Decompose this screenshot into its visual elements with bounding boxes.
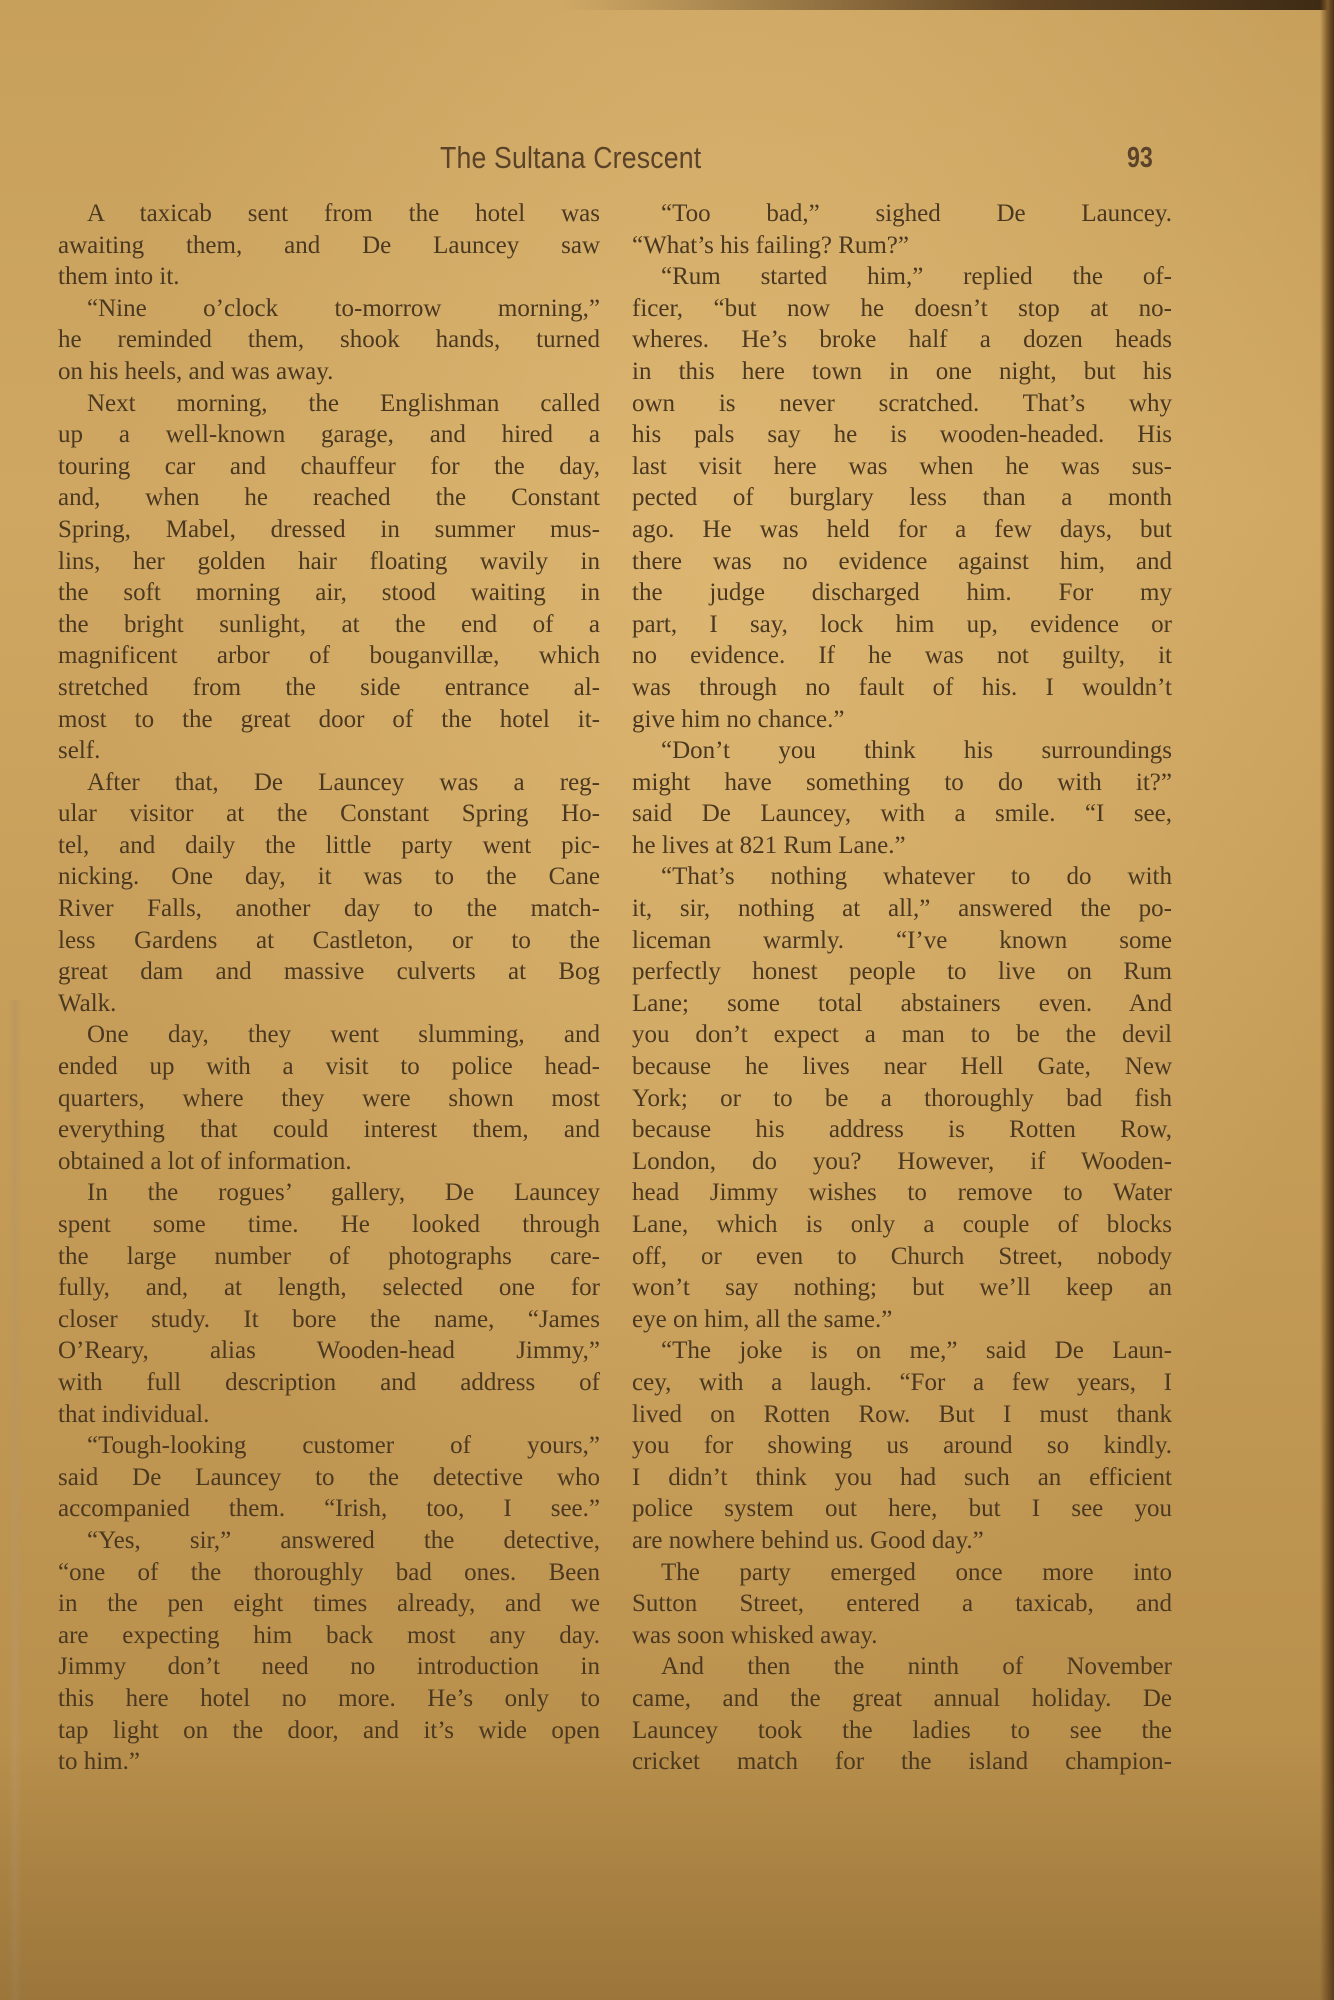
text-line: “Yes, sir,” answered the detective, [58, 1525, 600, 1557]
text-line: “That’s nothing whatever to do with [632, 861, 1172, 893]
right-text-column: “Too bad,” sighed De Launcey.“What’s his… [632, 198, 1172, 1778]
text-line: police system out here, but I see you [632, 1493, 1172, 1525]
text-line: cey, with a laugh. “For a few years, I [632, 1367, 1172, 1399]
text-line: up a well-known garage, and hired a [58, 419, 600, 451]
text-line: York; or to be a thoroughly bad fish [632, 1083, 1172, 1115]
text-line: ago. He was held for a few days, but [632, 514, 1172, 546]
text-line: “Too bad,” sighed De Launcey. [632, 198, 1172, 230]
text-line: in the pen eight times already, and we [58, 1588, 600, 1620]
text-line: ended up with a visit to police head- [58, 1051, 600, 1083]
text-line: last visit here was when he was sus- [632, 451, 1172, 483]
text-line: obtained a lot of information. [58, 1146, 600, 1178]
text-line: spent some time. He looked through [58, 1209, 600, 1241]
text-line: on his heels, and was away. [58, 356, 600, 388]
text-line: there was no evidence against him, and [632, 546, 1172, 578]
text-line: part, I say, lock him up, evidence or [632, 609, 1172, 641]
text-line: self. [58, 735, 600, 767]
text-line: Lane; some total abstainers even. And [632, 988, 1172, 1020]
text-line: off, or even to Church Street, nobody [632, 1241, 1172, 1273]
text-line: nicking. One day, it was to the Cane [58, 861, 600, 893]
left-text-column: A taxicab sent from the hotel wasawaitin… [58, 198, 600, 1778]
text-line: magnificent arbor of bouganvillæ, which [58, 640, 600, 672]
text-line: “What’s his failing? Rum?” [632, 230, 1172, 262]
text-line: the judge discharged him. For my [632, 577, 1172, 609]
book-page: The Sultana Crescent 93 A taxicab sent f… [0, 0, 1334, 2000]
text-line: this here hotel no more. He’s only to [58, 1683, 600, 1715]
text-line: “Nine o’clock to-morrow morning,” [58, 293, 600, 325]
text-line: touring car and chauffeur for the day, [58, 451, 600, 483]
text-line: cricket match for the island champion- [632, 1746, 1172, 1778]
text-line: In the rogues’ gallery, De Launcey [58, 1177, 600, 1209]
text-line: “Tough-looking customer of yours,” [58, 1430, 600, 1462]
text-line: are expecting him back most any day. [58, 1620, 600, 1652]
text-line: accompanied them. “Irish, too, I see.” [58, 1493, 600, 1525]
text-line: perfectly honest people to live on Rum [632, 956, 1172, 988]
text-line: came, and the great annual holiday. De [632, 1683, 1172, 1715]
text-line: Walk. [58, 988, 600, 1020]
text-line: might have something to do with it?” [632, 767, 1172, 799]
text-line: River Falls, another day to the match- [58, 893, 600, 925]
text-line: Launcey took the ladies to see the [632, 1715, 1172, 1747]
text-line: And then the ninth of November [632, 1651, 1172, 1683]
text-line: awaiting them, and De Launcey saw [58, 230, 600, 262]
text-line: The party emerged once more into [632, 1557, 1172, 1589]
text-line: stretched from the side entrance al- [58, 672, 600, 704]
text-line: give him no chance.” [632, 704, 1172, 736]
text-line: with full description and address of [58, 1367, 600, 1399]
text-line: won’t say nothing; but we’ll keep an [632, 1272, 1172, 1304]
text-line: eye on him, all the same.” [632, 1304, 1172, 1336]
page-top-edge-shadow [560, 0, 1334, 10]
text-line: Sutton Street, entered a taxicab, and [632, 1588, 1172, 1620]
text-line: Jimmy don’t need no introduction in [58, 1651, 600, 1683]
text-line: London, do you? However, if Wooden- [632, 1146, 1172, 1178]
text-line: everything that could interest them, and [58, 1114, 600, 1146]
text-line: Spring, Mabel, dressed in summer mus- [58, 514, 600, 546]
text-line: Lane, which is only a couple of blocks [632, 1209, 1172, 1241]
text-line: own is never scratched. That’s why [632, 388, 1172, 420]
text-line: fully, and, at length, selected one for [58, 1272, 600, 1304]
text-line: because his address is Rotten Row, [632, 1114, 1172, 1146]
running-header: The Sultana Crescent 93 [0, 140, 1334, 180]
text-line: liceman warmly. “I’ve known some [632, 925, 1172, 957]
text-line: it, sir, nothing at all,” answered the p… [632, 893, 1172, 925]
page-number: 93 [1127, 142, 1153, 175]
text-line: “Don’t you think his surroundings [632, 735, 1172, 767]
text-line: the bright sunlight, at the end of a [58, 609, 600, 641]
text-line: less Gardens at Castleton, or to the [58, 925, 600, 957]
text-line: A taxicab sent from the hotel was [58, 198, 600, 230]
text-line: ular visitor at the Constant Spring Ho- [58, 798, 600, 830]
text-line: because he lives near Hell Gate, New [632, 1051, 1172, 1083]
text-line: tap light on the door, and it’s wide ope… [58, 1715, 600, 1747]
text-line: head Jimmy wishes to remove to Water [632, 1177, 1172, 1209]
page-right-edge-shadow [1320, 0, 1334, 2000]
text-line: O’Reary, alias Wooden-head Jimmy,” [58, 1335, 600, 1367]
text-line: lins, her golden hair floating wavily in [58, 546, 600, 578]
text-line: them into it. [58, 261, 600, 293]
text-line: tel, and daily the little party went pic… [58, 830, 600, 862]
text-line: Next morning, the Englishman called [58, 388, 600, 420]
text-line: was through no fault of his. I wouldn’t [632, 672, 1172, 704]
text-line: no evidence. If he was not guilty, it [632, 640, 1172, 672]
text-line: you don’t expect a man to be the devil [632, 1019, 1172, 1051]
text-line: quarters, where they were shown most [58, 1083, 600, 1115]
text-line: said De Launcey to the detective who [58, 1462, 600, 1494]
text-line: “one of the thoroughly bad ones. Been [58, 1557, 600, 1589]
text-line: he lives at 821 Rum Lane.” [632, 830, 1172, 862]
text-line: the large number of photographs care- [58, 1241, 600, 1273]
text-line: After that, De Launcey was a reg- [58, 767, 600, 799]
text-line: you for showing us around so kindly. [632, 1430, 1172, 1462]
text-line: was soon whisked away. [632, 1620, 1172, 1652]
page-bottom-shading [0, 1740, 1334, 2000]
text-line: “Rum started him,” replied the of- [632, 261, 1172, 293]
text-line: in this here town in one night, but his [632, 356, 1172, 388]
text-line: closer study. It bore the name, “James [58, 1304, 600, 1336]
text-line: One day, they went slumming, and [58, 1019, 600, 1051]
running-title: The Sultana Crescent [440, 140, 701, 176]
text-line: wheres. He’s broke half a dozen heads [632, 324, 1172, 356]
text-line: his pals say he is wooden-headed. His [632, 419, 1172, 451]
text-line: pected of burglary less than a month [632, 482, 1172, 514]
text-line: I didn’t think you had such an efficient [632, 1462, 1172, 1494]
text-line: said De Launcey, with a smile. “I see, [632, 798, 1172, 830]
text-line: are nowhere behind us. Good day.” [632, 1525, 1172, 1557]
text-line: and, when he reached the Constant [58, 482, 600, 514]
text-line: that individual. [58, 1399, 600, 1431]
text-line: “The joke is on me,” said De Laun- [632, 1335, 1172, 1367]
text-line: lived on Rotten Row. But I must thank [632, 1399, 1172, 1431]
text-line: to him.” [58, 1746, 600, 1778]
text-line: he reminded them, shook hands, turned [58, 324, 600, 356]
text-line: most to the great door of the hotel it- [58, 704, 600, 736]
text-line: the soft morning air, stood waiting in [58, 577, 600, 609]
text-line: ficer, “but now he doesn’t stop at no- [632, 293, 1172, 325]
text-line: great dam and massive culverts at Bog [58, 956, 600, 988]
